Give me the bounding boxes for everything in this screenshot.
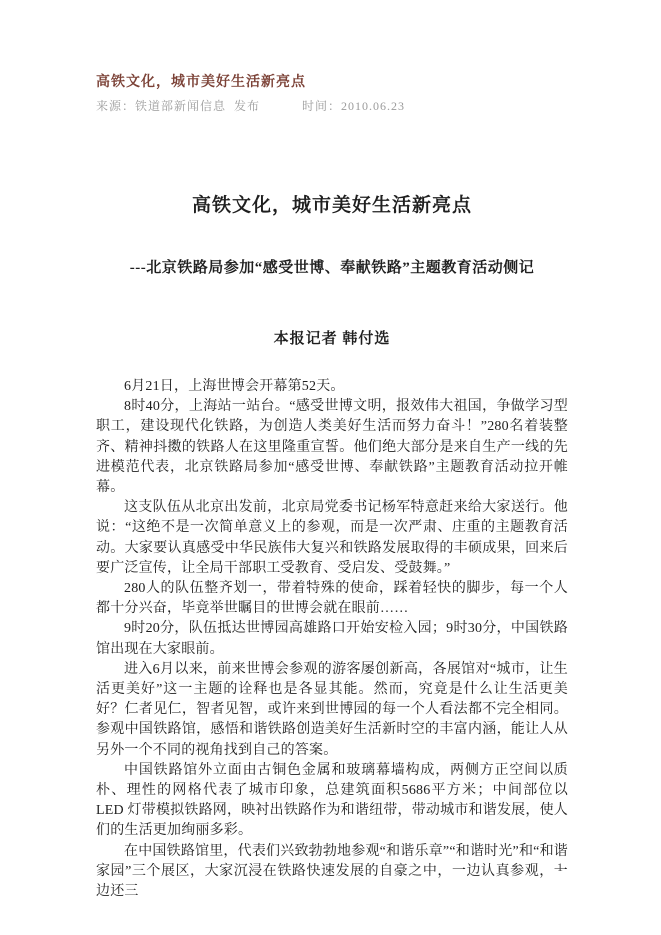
body-paragraph: 进入6月以来，前来世博会参观的游客屡创新高，各展馆对“城市，让生活更美好”这一主… xyxy=(96,660,568,761)
article-body: 6月21日，上海世博会开幕第52天。 8时40分，上海站一站台。“感受世博文明，… xyxy=(96,377,568,902)
document-page: 高铁文化，城市美好生活新亮点 来源：铁道部新闻信息发布时间：2010.06.23… xyxy=(0,0,661,935)
header-meta-line: 来源：铁道部新闻信息发布时间：2010.06.23 xyxy=(96,98,568,114)
article-subtitle: ---北京铁路局参加“感受世博、奉献铁路”主题教育活动侧记 xyxy=(80,256,584,277)
body-paragraph: 在中国铁路馆里，代表们兴致勃勃地参观“和谐乐章”“和谐时光”和“和谐家园”三个展… xyxy=(96,842,568,903)
body-paragraph: 280人的队伍整齐划一，带着特殊的使命，踩着轻快的脚步，每一个人都十分兴奋，毕竟… xyxy=(96,579,568,619)
document-header: 高铁文化，城市美好生活新亮点 来源：铁道部新闻信息发布时间：2010.06.23 xyxy=(96,74,568,114)
body-paragraph: 8时40分，上海站一站台。“感受世博文明，报效伟大祖国，争做学习型职工，建设现代… xyxy=(96,397,568,498)
body-paragraph: 中国铁路馆外立面由古铜色金属和玻璃幕墙构成，两侧方正空间以质朴、理性的网格代表了… xyxy=(96,761,568,842)
page-number: 1 xyxy=(552,860,568,875)
time-label: 时间：2010.06.23 xyxy=(302,99,405,113)
body-paragraph: 9时20分，队伍抵达世博园高雄路口开始安检入园；9时30分，中国铁路馆出现在大家… xyxy=(96,619,568,659)
header-article-title: 高铁文化，城市美好生活新亮点 xyxy=(96,74,568,92)
body-paragraph: 这支队伍从北京出发前，北京局党委书记杨军特意赶来给大家送行。他说：“这绝不是一次… xyxy=(96,498,568,579)
article-byline: 本报记者 韩付选 xyxy=(96,327,568,348)
source-label: 来源：铁道部新闻信息 xyxy=(96,99,226,113)
article-title: 高铁文化，城市美好生活新亮点 xyxy=(96,190,568,217)
body-paragraph: 6月21日，上海世博会开幕第52天。 xyxy=(96,377,568,397)
publish-label: 发布 xyxy=(234,99,260,113)
